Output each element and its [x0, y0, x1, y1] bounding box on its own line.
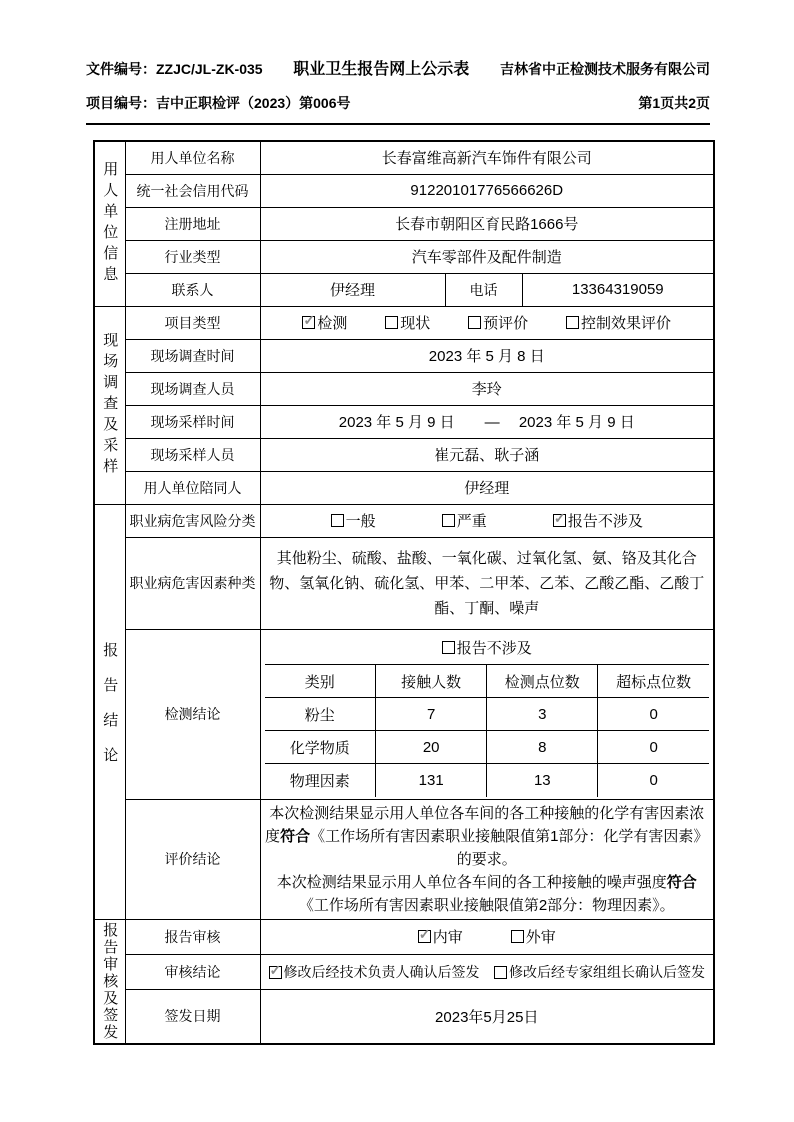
employer-name-value: 长春富维高新汽车饰件有限公司 [260, 141, 714, 174]
option-waishen[interactable]: 外审 [511, 926, 556, 947]
phone-value: 13364319059 [522, 273, 714, 306]
option-label: 检测 [317, 312, 347, 333]
section-label-review-issue: 报告审核及签发 [94, 919, 125, 1044]
cell-category: 化学物质 [265, 731, 376, 764]
cell-value: 3 [487, 698, 598, 731]
field-label-detection-conclusion: 检测结论 [125, 629, 260, 799]
field-label-sampling-staff: 现场采样人员 [125, 438, 260, 471]
field-label-hazard-types: 职业病危害因素种类 [125, 537, 260, 629]
cell-value: 13 [487, 764, 598, 797]
field-label-survey-staff: 现场调查人员 [125, 372, 260, 405]
option-label: 修改后经专家组组长确认后签发 [509, 962, 705, 982]
option-label: 控制效果评价 [581, 312, 671, 333]
checked-checkbox-icon[interactable] [269, 966, 282, 979]
option-label: 报告不涉及 [568, 510, 643, 531]
accompany-value: 伊经理 [260, 471, 714, 504]
section-label-employer-info: 用人单位信息 [94, 141, 125, 306]
option-label: 严重 [457, 510, 487, 531]
industry-value: 汽车零部件及配件制造 [260, 240, 714, 273]
option-label: 报告不涉及 [457, 637, 532, 658]
section-label-site-survey: 现场调查及采样 [94, 306, 125, 504]
field-label-evaluation-conclusion: 评价结论 [125, 799, 260, 919]
detection-na-option[interactable]: 报告不涉及 [269, 637, 706, 658]
field-label-risk-class: 职业病危害风险分类 [125, 504, 260, 537]
form-table: 用人单位信息 用人单位名称 长春富维高新汽车饰件有限公司 统一社会信用代码 91… [93, 140, 715, 1045]
cell-value: 0 [598, 698, 709, 731]
doc-number: 文件编号：ZZJC/JL-ZK-035 [86, 59, 263, 79]
field-label-survey-time: 现场调查时间 [125, 339, 260, 372]
table-row: 粉尘 7 3 0 [265, 698, 710, 731]
col-header-exceed-points: 超标点位数 [598, 665, 709, 698]
table-row: 化学物质 20 8 0 [265, 731, 710, 764]
hazard-types-value: 其他粉尘、硫酸、盐酸、一氧化碳、过氧化氢、氨、铬及其化合物、氢氧化钠、硫化氢、甲… [260, 537, 714, 629]
header-divider [86, 123, 710, 125]
field-label-credit-code: 统一社会信用代码 [125, 174, 260, 207]
survey-time-value: 2023 年 5 月 8 日 [260, 339, 714, 372]
review-conclusion-options: 修改后经技术负责人确认后签发 修改后经专家组组长确认后签发 [265, 962, 710, 982]
evaluation-conclusion-value: 本次检测结果显示用人单位各车间的各工种接触的化学有害因素浓度符合《工作场所有害因… [260, 799, 714, 919]
option-kongzhixiaoguo[interactable]: 控制效果评价 [566, 312, 671, 333]
option-yupingjia[interactable]: 预评价 [468, 312, 528, 333]
field-label-employer-name: 用人单位名称 [125, 141, 260, 174]
cell-value: 131 [376, 764, 487, 797]
field-label-report-review: 报告审核 [125, 919, 260, 954]
survey-staff-value: 李玲 [260, 372, 714, 405]
field-label-industry: 行业类型 [125, 240, 260, 273]
unchecked-checkbox-icon[interactable] [468, 316, 481, 329]
field-label-project-type: 项目类型 [125, 306, 260, 339]
option-label: 外审 [526, 926, 556, 947]
cell-value: 20 [376, 731, 487, 764]
option-xianzhuang[interactable]: 现状 [385, 312, 430, 333]
table-row: 物理因素 131 13 0 [265, 764, 710, 797]
option-label: 修改后经技术负责人确认后签发 [284, 962, 480, 982]
company-name: 吉林省中正检测技术服务有限公司 [500, 59, 710, 79]
sampling-time-value: 2023 年 5 月 9 日 — 2023 年 5 月 9 日 [260, 405, 714, 438]
col-header-points: 检测点位数 [487, 665, 598, 698]
cell-category: 物理因素 [265, 764, 376, 797]
option-neishen[interactable]: 内审 [418, 926, 463, 947]
option-label: 预评价 [483, 312, 528, 333]
cell-value: 0 [598, 764, 709, 797]
field-label-review-conclusion: 审核结论 [125, 954, 260, 989]
cell-value: 7 [376, 698, 487, 731]
unchecked-checkbox-icon[interactable] [442, 641, 455, 654]
sampling-staff-value: 崔元磊、耿子涵 [260, 438, 714, 471]
option-label: 现状 [400, 312, 430, 333]
unchecked-checkbox-icon[interactable] [385, 316, 398, 329]
option-label: 一般 [346, 510, 376, 531]
page: 文件编号：ZZJC/JL-ZK-035 职业卫生报告网上公示表 吉林省中正检测技… [0, 0, 794, 1122]
field-label-accompany: 用人单位陪同人 [125, 471, 260, 504]
credit-code-value: 91220101776566626D [260, 174, 714, 207]
report-review-options: 内审 外审 [265, 926, 710, 947]
col-header-exposed-count: 接触人数 [376, 665, 487, 698]
page-title: 职业卫生报告网上公示表 [293, 56, 469, 79]
evaluation-paragraph-1: 本次检测结果显示用人单位各车间的各工种接触的化学有害因素浓度符合《工作场所有害因… [265, 802, 710, 871]
detection-result-table: 报告不涉及 类别 接触人数 检测点位数 超标点位数 粉尘 7 3 [265, 632, 710, 797]
page-indicator: 第1页共2页 [638, 93, 710, 113]
project-type-options: 检测 现状 预评价 控制效果评价 [265, 312, 710, 333]
unchecked-checkbox-icon[interactable] [331, 514, 344, 527]
option-yanzhong[interactable]: 严重 [442, 510, 487, 531]
address-value: 长春市朝阳区育民路1666号 [260, 207, 714, 240]
project-number: 项目编号：吉中正职检评（2023）第006号 [86, 93, 351, 113]
cell-value: 8 [487, 731, 598, 764]
unchecked-checkbox-icon[interactable] [511, 930, 524, 943]
cell-value: 0 [598, 731, 709, 764]
cell-category: 粉尘 [265, 698, 376, 731]
option-bushiji[interactable]: 报告不涉及 [553, 510, 643, 531]
option-jiance[interactable]: 检测 [302, 312, 347, 333]
field-label-address: 注册地址 [125, 207, 260, 240]
col-header-category: 类别 [265, 665, 376, 698]
field-label-phone: 电话 [445, 273, 522, 306]
evaluation-paragraph-2: 本次检测结果显示用人单位各车间的各工种接触的噪声强度符合《工作场所有害因素职业接… [265, 871, 710, 917]
unchecked-checkbox-icon[interactable] [494, 966, 507, 979]
option-expert-lead-signoff[interactable]: 修改后经专家组组长确认后签发 [494, 962, 705, 982]
unchecked-checkbox-icon[interactable] [442, 514, 455, 527]
field-label-issue-date: 签发日期 [125, 990, 260, 1044]
unchecked-checkbox-icon[interactable] [566, 316, 579, 329]
option-yiban[interactable]: 一般 [331, 510, 376, 531]
checked-checkbox-icon[interactable] [418, 930, 431, 943]
field-label-contact: 联系人 [125, 273, 260, 306]
option-tech-lead-signoff[interactable]: 修改后经技术负责人确认后签发 [269, 962, 480, 982]
checked-checkbox-icon[interactable] [553, 514, 566, 527]
checked-checkbox-icon[interactable] [302, 316, 315, 329]
contact-name-value: 伊经理 [260, 273, 445, 306]
section-label-report-conclusion: 报告结论 [94, 504, 125, 919]
field-label-sampling-time: 现场采样时间 [125, 405, 260, 438]
option-label: 内审 [433, 926, 463, 947]
issue-date-value: 2023年5月25日 [260, 990, 714, 1044]
document-header: 文件编号：ZZJC/JL-ZK-035 职业卫生报告网上公示表 吉林省中正检测技… [86, 56, 710, 125]
risk-class-options: 一般 严重 报告不涉及 [265, 510, 710, 531]
